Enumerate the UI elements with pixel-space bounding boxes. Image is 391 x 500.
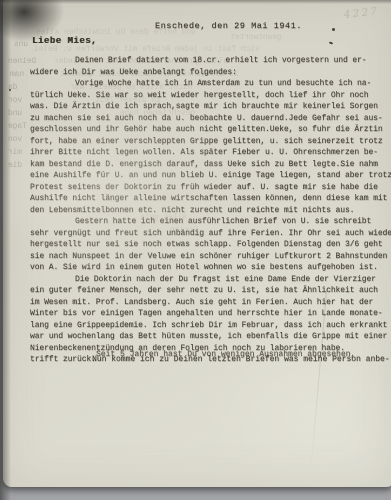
- bleedthrough-text: sich fast in jedem Briefe mit Vorwürfen …: [34, 45, 260, 54]
- letter-line: geschlossen und ihr Gehör habe auch nich…: [30, 124, 391, 136]
- letter-line: war und wochenlang das Bett hüten musste…: [30, 331, 391, 343]
- bleedthrough-text: die: [8, 161, 22, 170]
- ink-speck: [332, 28, 335, 31]
- letter-line: sehr vergnügt und freut sich unbändig au…: [30, 228, 391, 240]
- letter-line: zu machen sie sei auch noch da u. beobac…: [30, 113, 391, 125]
- bleedthrough-text: geantwortet: [230, 33, 282, 42]
- letter-line: im Wesen mit. Prof. Landsberg. Auch sie …: [30, 297, 391, 309]
- letter-line: Gestern hatte ich einen ausführlichen Br…: [30, 216, 391, 228]
- letter-line: fort, habe an einer verschleppten Grippe…: [30, 136, 391, 148]
- bleedthrough-text: und: [8, 109, 22, 118]
- letter-line: Protest seitens der Doktorin zu früh wie…: [30, 182, 391, 194]
- letter-photo: und hoffe dass Du inzwischen allesgeantw…: [0, 0, 391, 500]
- letter-dateline: Enschede, den 29 Mai 1941.: [155, 21, 302, 31]
- letter-line: eine Aushilfe für U. an und nun blieb U.…: [30, 170, 391, 182]
- letter-line: kam bestand die D. energisch darauf, das…: [30, 159, 391, 171]
- letter-body: Deinen Brief datiert vom 18.cr. erhielt …: [30, 55, 391, 366]
- letter-line: lang eine Grippeepidemie. Ich schrieb Di…: [30, 320, 391, 332]
- letter-line: Winter bis vor einigen Tagen angehalten …: [30, 308, 391, 320]
- bleedthrough-text: von: [8, 135, 22, 144]
- letter-line: von A. Sie wird in einem guten Hotel woh…: [30, 262, 391, 274]
- bleedthrough-text: nam: [10, 70, 24, 79]
- overstruck-line-over: Nun komme ich zu Deinen letzten Briefen …: [92, 355, 390, 364]
- letter-line: Aushilfe nicht länger alleine wirtschaft…: [30, 193, 391, 205]
- letter-line: ihrer Bitte nicht legen wollen. Als spät…: [30, 147, 391, 159]
- letter-line: türlich Ueke. Sie war so weit wieder her…: [30, 90, 391, 102]
- letter-line: den Lebensmittelbonnen etc. nicht zurech…: [30, 205, 391, 217]
- bleedthrough-text: uns: [14, 40, 28, 49]
- letter-line: Die Doktorin nach der Du fragst ist eine…: [30, 274, 391, 286]
- letter-greeting: Liebe Mies,: [32, 36, 97, 46]
- ink-speck: [9, 89, 11, 91]
- bleedthrough-text: Tage: [8, 122, 27, 131]
- bleedthrough-text: vor: [8, 96, 22, 105]
- letter-line: sie nach Nunspeet in der Veluwe ein schö…: [30, 251, 391, 263]
- letter-line: ein guter feiner Mensch, der sehr nett z…: [30, 285, 391, 297]
- letter-line: widere ich Dir was Ueke anbelangt folgen…: [30, 67, 391, 79]
- letter-line: was. Die Ärztin die ich sprach,sagte mir…: [30, 101, 391, 113]
- letter-line: hergestellt nur sei sie noch etwas schla…: [30, 239, 391, 251]
- bleedthrough-text: mir: [8, 148, 22, 157]
- letter-line: Deinen Brief datiert vom 18.cr. erhielt …: [30, 55, 391, 67]
- letter-line: Vorige Woche hatte ich in Amsterdam zu t…: [30, 78, 391, 90]
